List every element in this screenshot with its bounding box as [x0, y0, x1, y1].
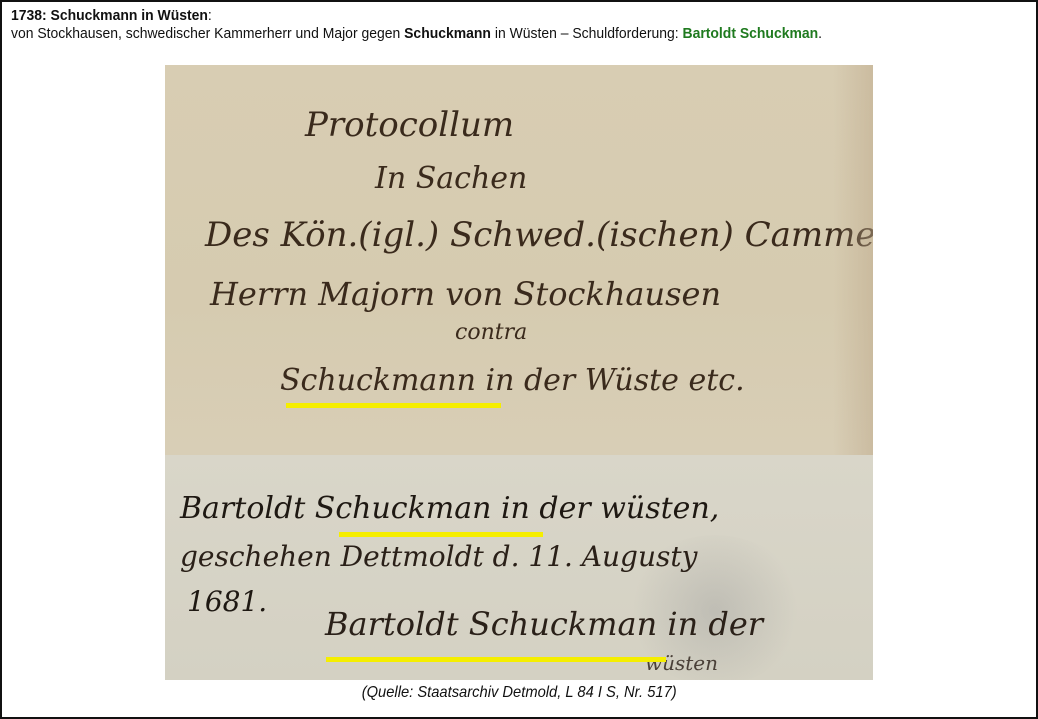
description-text-2: in Wüsten – Schuldforderung:: [491, 25, 683, 42]
document-scan-bottom: Bartoldt Schuckman in der wüsten, gesche…: [165, 455, 873, 680]
page-title: 1738: Schuckmann in Wüsten: [11, 7, 208, 24]
description-name-bold: Schuckmann: [404, 25, 491, 42]
header: 1738: Schuckmann in Wüsten: von Stockhau…: [11, 7, 822, 43]
title-colon: :: [208, 7, 212, 24]
handwriting-line: contra: [455, 320, 527, 345]
handwriting-line: Des Kön.(igl.) Schwed.(ischen) Cammer: [205, 215, 873, 255]
source-caption-text: (Quelle: Staatsarchiv Detmold, L 84 I S,…: [362, 684, 677, 702]
handwriting-line: Bartoldt Schuckman in der: [325, 605, 763, 643]
description-text-1: von Stockhausen, schwedischer Kammerherr…: [11, 25, 404, 42]
handwriting-line: Schuckmann in der Wüste etc.: [280, 363, 745, 398]
handwriting-line: Bartoldt Schuckman in der wüsten,: [180, 491, 719, 526]
highlighted-name: Bartoldt Schuckman: [683, 25, 819, 42]
handwriting-line: Herrn Majorn von Stockhausen: [210, 275, 721, 313]
header-description-line: von Stockhausen, schwedischer Kammerherr…: [11, 25, 822, 43]
handwriting-line: In Sachen: [375, 161, 527, 196]
handwriting-line: 1681.: [187, 585, 267, 618]
description-end: .: [818, 25, 822, 42]
yellow-highlight-underline: [286, 403, 501, 408]
document-scan-top: Protocollum In Sachen Des Kön.(igl.) Sch…: [165, 65, 873, 455]
handwriting-line: wüsten: [645, 651, 718, 675]
source-caption: (Quelle: Staatsarchiv Detmold, L 84 I S,…: [0, 684, 1038, 702]
handwriting-line: geschehen Dettmoldt d. 11. Augusty: [180, 540, 697, 573]
yellow-highlight-underline: [339, 532, 543, 537]
header-title-line: 1738: Schuckmann in Wüsten:: [11, 7, 822, 25]
archival-document-image: Protocollum In Sachen Des Kön.(igl.) Sch…: [165, 65, 873, 680]
handwriting-line: Protocollum: [305, 105, 514, 145]
yellow-highlight-underline: [326, 657, 666, 662]
